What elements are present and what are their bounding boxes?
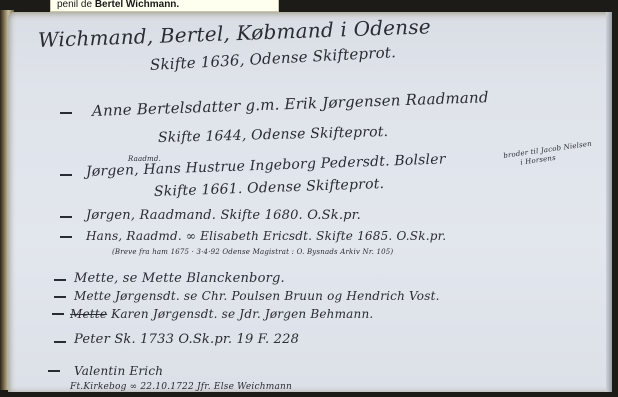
entry-jorgen-raadmand: Jørgen, Raadmand. Skifte 1680. O.Sk.pr. xyxy=(86,208,361,223)
entry-mette: Mette, se Mette Blanckenborg. xyxy=(74,271,285,286)
entry-valentin-note: Ft.Kirkebog ∞ 22.10.1722 Jfr. Else Weich… xyxy=(70,382,292,392)
entry-hans-note: (Breve fra ham 1675 · 3·4·92 Odense Magi… xyxy=(112,248,393,256)
entry-jorgen-continuation: Skifte 1661. Odense Skifteprot. xyxy=(154,176,385,200)
image-caption-tooltip: penil de Bertel Wichmann. xyxy=(50,0,279,12)
entry-karen: Mette Karen Jørgensdt. se Jdr. Jørgen Be… xyxy=(70,307,373,321)
entry-hans: Hans, Raadmd. ∞ Elisabeth Ericsdt. Skift… xyxy=(86,229,446,243)
bullet-dash xyxy=(60,174,72,176)
bullet-dash xyxy=(54,296,66,298)
entry-anne: Anne Bertelsdatter g.m. Erik Jørgensen R… xyxy=(92,88,489,120)
bullet-dash xyxy=(60,112,72,114)
card-heading-sub: Skifte 1636, Odense Skifteprot. xyxy=(150,43,397,74)
struck-word: Mette xyxy=(70,307,107,321)
entry-jorgen-margin-note: broder til Jacob Nielsen i Horsens xyxy=(503,140,594,170)
entry-mette-jorgensdt: Mette Jørgensdt. se Chr. Poulsen Bruun o… xyxy=(74,289,440,303)
bullet-dash xyxy=(54,341,66,343)
entry-anne-continuation: Skifte 1644, Odense Skifteprot. xyxy=(158,124,389,146)
bullet-dash xyxy=(60,236,72,238)
archive-card: Wichmand, Bertel, Købmand i Odense Skift… xyxy=(8,12,612,392)
entry-valentin: Valentin Erich xyxy=(74,364,163,378)
card-right-edge xyxy=(606,12,612,392)
bullet-dash xyxy=(52,313,64,315)
entry-peter: Peter Sk. 1733 O.Sk.pr. 19 F. 228 xyxy=(74,332,299,347)
bullet-dash xyxy=(60,216,72,218)
bullet-dash xyxy=(48,370,60,372)
bullet-dash xyxy=(54,279,66,281)
